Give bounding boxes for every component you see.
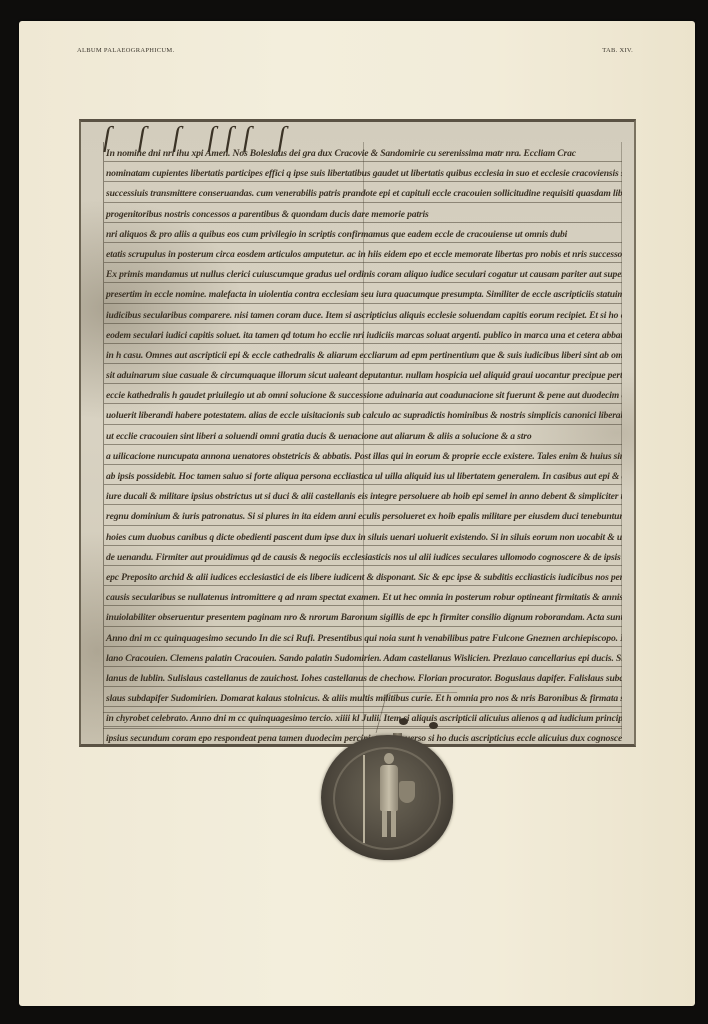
charter-line: Anno dni m cc quinquagesimo secundo In d… (104, 627, 622, 647)
charter-line: eodem seculari iudici capitis soluet. it… (104, 324, 622, 344)
ruling-line (103, 728, 622, 729)
charter-line: regnu dominium & iuris patronatus. Si si… (104, 505, 622, 525)
ruling-line (103, 712, 622, 713)
parchment-fold (376, 692, 458, 733)
charter-line: hoies cum duobus canibus q dicte obedien… (104, 526, 622, 546)
charter-line: nominatam cupientes libertatis participe… (104, 162, 622, 182)
plate-number: TAB. XIV. (602, 47, 633, 54)
charter-line: iure ducali & militare ipsius obstrictus… (104, 485, 622, 505)
charter-line: epc Preposito archid & alii iudices eccl… (104, 566, 622, 586)
charter-line: lanus de lublin. Sulislaus castellanus d… (104, 667, 622, 687)
charter-line: eccie kathedralis h gaudet priuilegio ut… (104, 384, 622, 404)
album-title: ALBUM PALAEOGRAPHICUM. (77, 47, 174, 54)
charter-line: presertim in eccle nomine. malefacta in … (104, 283, 622, 303)
charter-line: ab ipsis possidebit. Hoc tamen saluo si … (104, 465, 622, 485)
charter-line: slaus subdapifer Sudomirien. Domarat kal… (104, 687, 622, 707)
standing-figure-icon (377, 753, 401, 841)
charter-line: lano Cracouien. Clemens palatin Cracouie… (104, 647, 622, 667)
charter-line: a uilicacione nuncupata annona uenatores… (104, 445, 622, 465)
wax-seal (321, 735, 453, 860)
charter-line: etatis scrupulus in posterum circa eosde… (104, 243, 622, 263)
charter-line: causis secularibus se nullatenus intromi… (104, 586, 622, 606)
charter-line: progenitoribus nostris concessos a paren… (104, 203, 622, 223)
charter-line: In nomine dni nri ihu xpi Amen. Nos Bole… (104, 142, 622, 162)
charter-facsimile: ſ ſ ſ ſſſ ſ In nomine dni nri ihu xpi Am… (79, 119, 636, 747)
plate-page: ALBUM PALAEOGRAPHICUM. TAB. XIV. ſ ſ ſ ſ… (19, 21, 695, 1006)
shield-icon (399, 781, 415, 803)
seal-cord-hole (429, 722, 438, 729)
charter-line: inuiolabiliter obseruentur presentem pag… (104, 606, 622, 626)
charter-line: in h casu. Omnes aut ascripticii epi & e… (104, 344, 622, 364)
charter-line: uoluerit liberandi habere potestatem. al… (104, 404, 622, 424)
charter-line: nri aliquos & pro aliis a quibus eos cum… (104, 223, 622, 243)
seal-cord-hole (399, 718, 408, 725)
charter-line: sit aduinarum siue casuale & circumquaqu… (104, 364, 622, 384)
charter-line: in chyrobet celebrato. Anno dni m cc qui… (104, 707, 622, 727)
charter-text-block: In nomine dni nri ihu xpi Amen. Nos Bole… (103, 142, 622, 747)
charter-line: de uenandu. Firmiter aut prouidimus qd d… (104, 546, 622, 566)
charter-line: iudicibus secularibus comparere. nisi ta… (104, 304, 622, 324)
spear-icon (363, 755, 365, 843)
charter-line: ut ecclie cracouien sint liberi a soluen… (104, 425, 622, 445)
charter-line: successiuis transmittere conseruandas. c… (104, 182, 622, 202)
charter-line: Ex primis mandamus ut nullus clerici cui… (104, 263, 622, 283)
